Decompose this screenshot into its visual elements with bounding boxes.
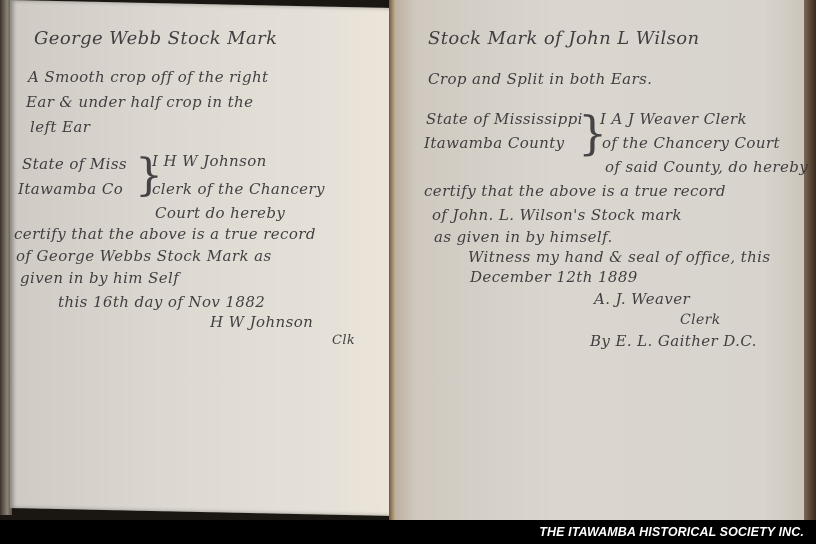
left-description-line-2: Ear & under half crop in the [26,93,253,111]
left-signature-title: Clk [332,333,355,348]
right-witness-line: Witness my hand & seal of office, this [468,248,770,266]
credit-caption: THE ITAWAMBA HISTORICAL SOCIETY INC. [539,525,804,539]
book-cover-right-edge [804,0,816,520]
right-venue-county: Itawamba County [424,134,565,152]
right-signature: A. J. Weaver [594,290,690,308]
left-description-line-1: A Smooth crop off of the right [28,68,268,86]
left-certification-line-1: certify that the above is a true record [14,225,316,243]
left-venue-county: Itawamba Co [18,180,123,198]
right-signature-title: Clerk [680,312,721,328]
right-certification-line-1: certify that the above is a true record [424,182,726,200]
right-clerk-line-2: of the Chancery Court [602,134,780,152]
right-deputy-line: By E. L. Gaither D.C. [590,332,757,350]
left-clerk-line-3: Court do hereby [155,204,285,222]
right-clerk-line-1: I A J Weaver Clerk [600,110,747,128]
right-date-line: December 12th 1889 [470,268,638,286]
left-certification-line-3: given in by him Self [20,269,179,287]
left-venue-state: State of Miss [22,155,127,173]
right-page-title: Stock Mark of John L Wilson [428,28,700,49]
right-clerk-line-3: of said County, do hereby [605,158,808,176]
left-certification-line-2: of George Webbs Stock Mark as [16,247,272,265]
right-certification-line-3: as given in by himself. [434,228,613,246]
left-page-title: George Webb Stock Mark [34,28,277,49]
left-signature: H W Johnson [210,313,313,331]
left-description-line-3: left Ear [30,118,90,136]
right-venue-state: State of Mississippi [426,110,583,128]
right-certification-line-2: of John. L. Wilson's Stock mark [432,206,682,224]
right-description: Crop and Split in both Ears. [428,70,652,88]
left-clerk-line-2: clerk of the Chancery [152,180,325,198]
left-clerk-line-1: I H W Johnson [152,152,267,170]
open-ledger-book: George Webb Stock Mark A Smooth crop off… [0,0,816,520]
left-date-line: this 16th day of Nov 1882 [58,293,265,311]
book-spine-gutter [389,0,395,520]
